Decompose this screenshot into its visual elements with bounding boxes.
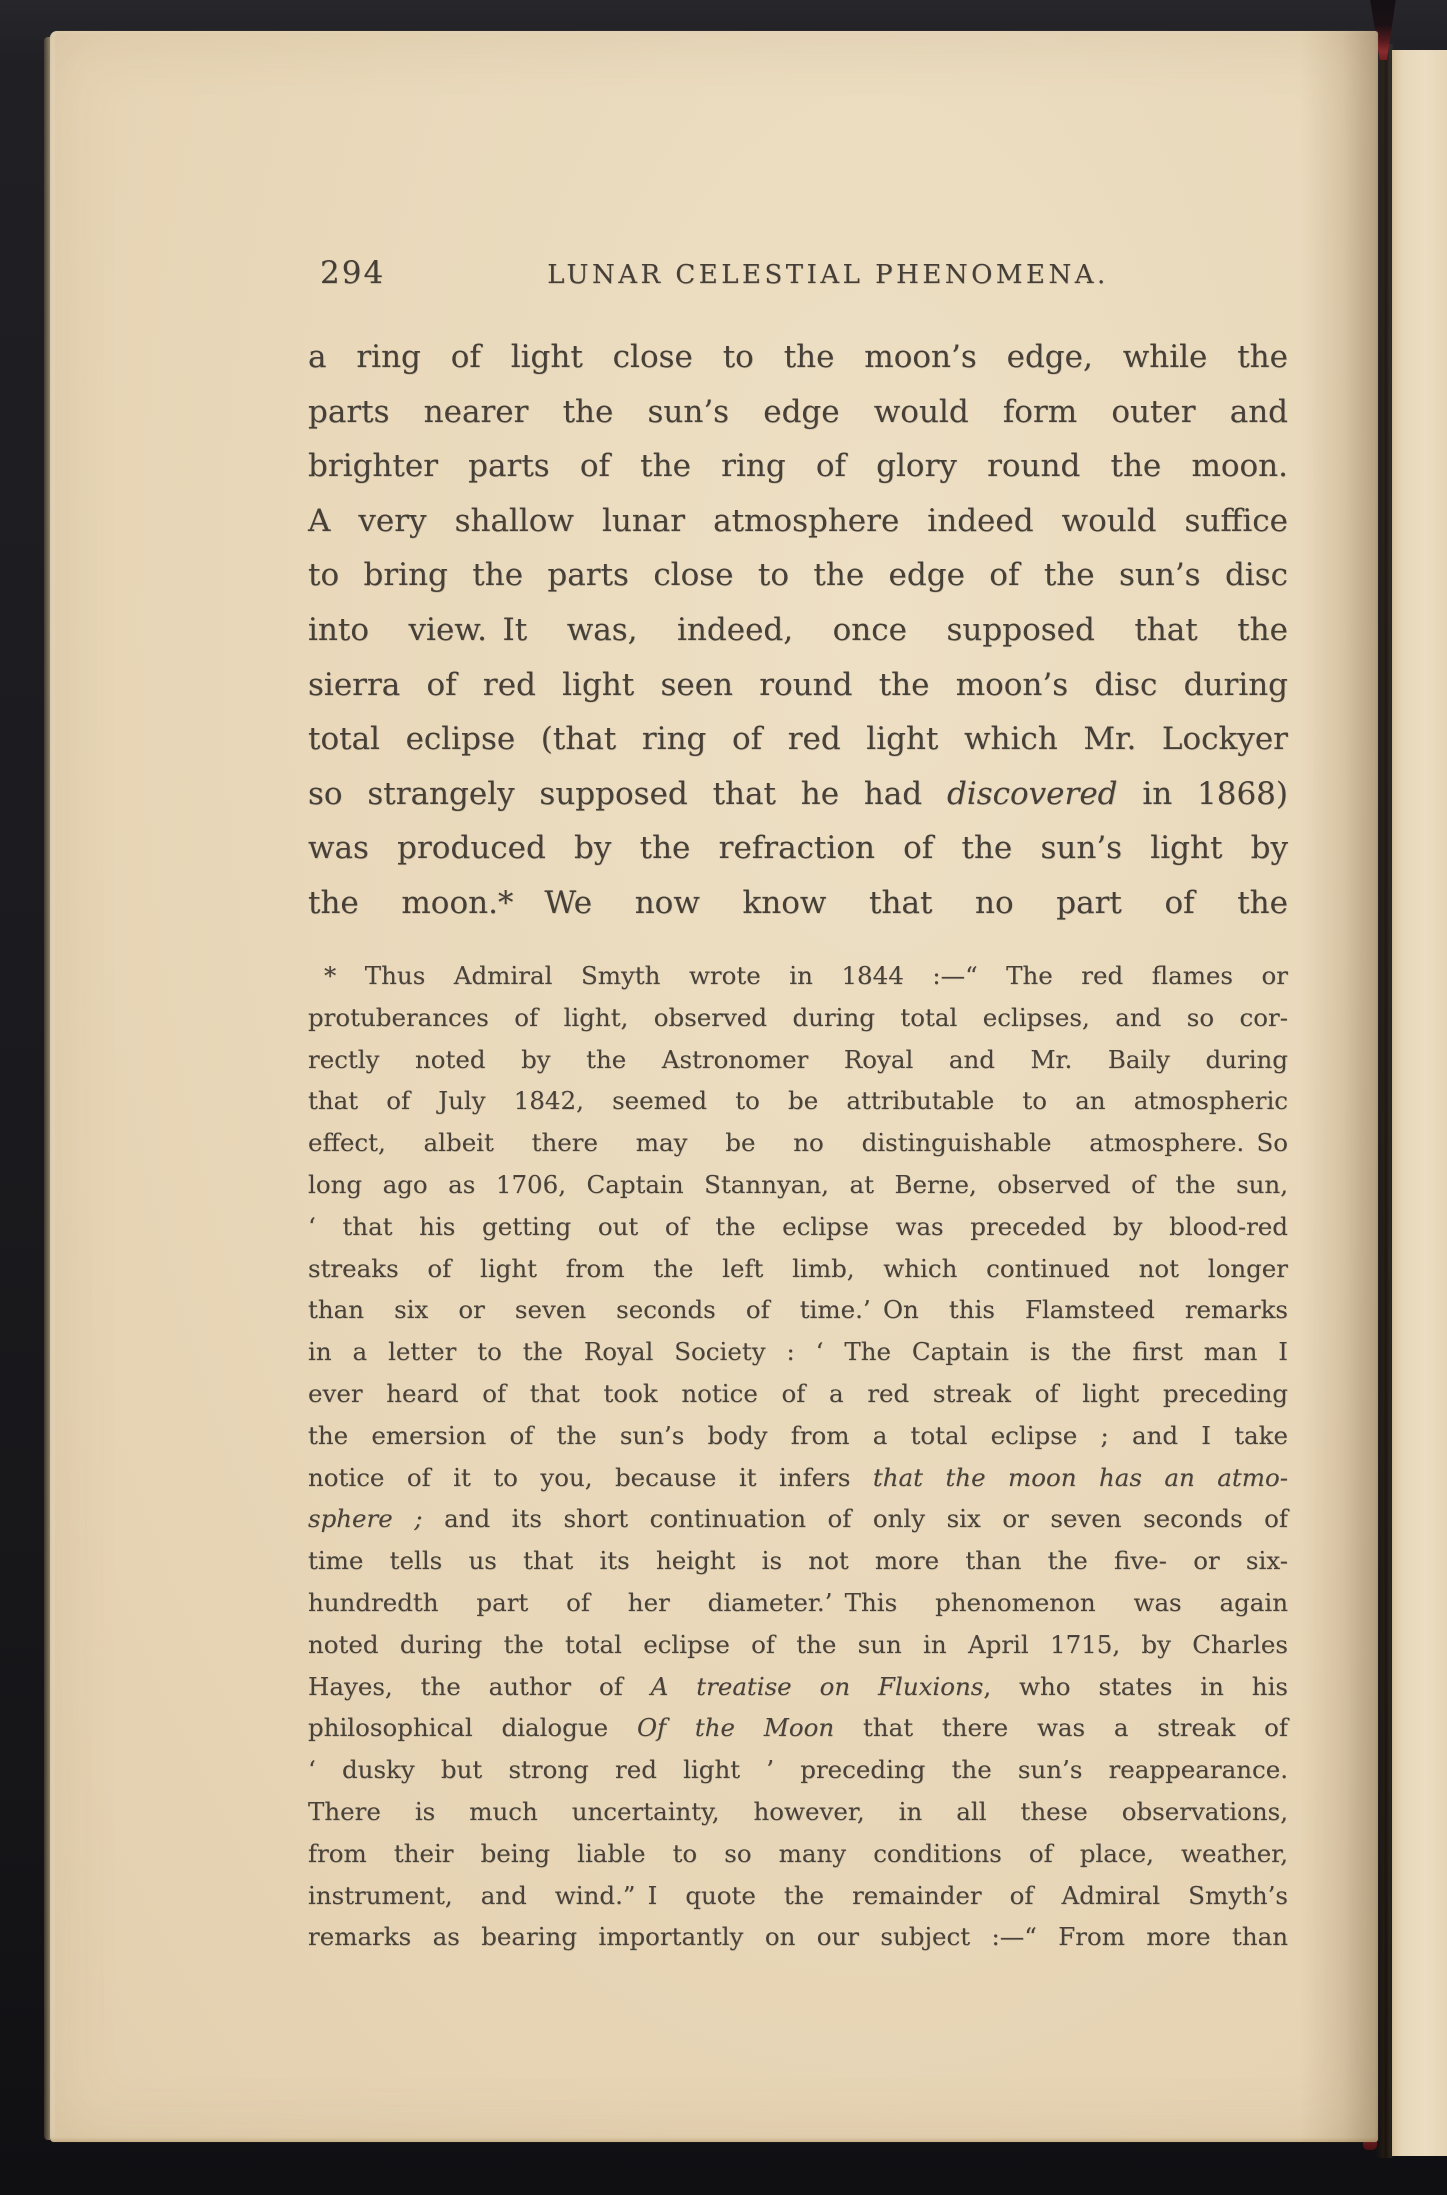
text-segment: time tells us that its height is not mor… — [308, 1546, 1288, 1575]
text-line: was produced by the refraction of the su… — [308, 821, 1288, 876]
text-line: total eclipse (that ring of red light wh… — [308, 712, 1288, 767]
text-line: There is much uncertainty, however, in a… — [308, 1791, 1288, 1833]
text-segment: ever heard of that took notice of a red … — [308, 1379, 1288, 1408]
text-segment: that there was a streak of — [834, 1713, 1288, 1742]
text-segment: and its short continuation of only six o… — [423, 1504, 1288, 1533]
text-line: sierra of red light seen round the moon’… — [308, 658, 1288, 713]
running-title: LUNAR CELESTIAL PHENOMENA. — [338, 260, 1318, 290]
book-page: 294 LUNAR CELESTIAL PHENOMENA. a ring of… — [50, 31, 1378, 2142]
text-line: philosophical dialogue Of the Moon that … — [308, 1707, 1288, 1749]
text-line: ‘ dusky but strong red light ’ preceding… — [308, 1749, 1288, 1791]
text-segment: instrument, and wind.” I quote the remai… — [308, 1881, 1288, 1910]
text-line: notice of it to you, because it infers t… — [308, 1457, 1288, 1499]
text-segment: There is much uncertainty, however, in a… — [308, 1797, 1288, 1826]
adjacent-page-edge — [1392, 50, 1447, 2156]
text-segment: ‘ that his getting out of the eclipse wa… — [308, 1212, 1288, 1241]
text-line: remarks as bearing importantly on our su… — [308, 1916, 1288, 1958]
text-line: than six or seven seconds of time.’ On t… — [308, 1289, 1288, 1331]
text-line: noted during the total eclipse of the su… — [308, 1624, 1288, 1666]
text-segment: hundredth part of her diameter.’ This ph… — [308, 1588, 1288, 1617]
text-line: A very shallow lunar atmosphere indeed w… — [308, 494, 1288, 549]
book-scan: 294 LUNAR CELESTIAL PHENOMENA. a ring of… — [0, 0, 1447, 2195]
text-line: rectly noted by the Astronomer Royal and… — [308, 1039, 1288, 1081]
text-line: Hayes, the author of A treatise on Fluxi… — [308, 1666, 1288, 1708]
text-segment: rectly noted by the Astronomer Royal and… — [308, 1045, 1288, 1074]
text-line: effect, albeit there may be no distingui… — [308, 1122, 1288, 1164]
text-segment: the moon.* We now know that no part of t… — [308, 885, 1288, 921]
text-segment: from their being liable to so many condi… — [308, 1839, 1288, 1868]
text-segment: long ago as 1706, Captain Stannyan, at B… — [308, 1170, 1288, 1199]
text-line: to bring the parts close to the edge of … — [308, 548, 1288, 603]
text-segment: was produced by the refraction of the su… — [308, 830, 1288, 866]
text-line: a ring of light close to the moon’s edge… — [308, 330, 1288, 385]
text-segment: than six or seven seconds of time.’ On t… — [308, 1295, 1288, 1324]
text-line: the moon.* We now know that no part of t… — [308, 876, 1288, 931]
text-line: streaks of light from the left limb, whi… — [308, 1248, 1288, 1290]
text-line: from their being liable to so many condi… — [308, 1833, 1288, 1875]
text-line: that of July 1842, seemed to be attribut… — [308, 1080, 1288, 1122]
text-segment: A very shallow lunar atmosphere indeed w… — [308, 503, 1288, 539]
text-segment: philosophical dialogue — [308, 1713, 637, 1742]
text-segment: Hayes, the author of — [308, 1672, 651, 1701]
footnote: * Thus Admiral Smyth wrote in 1844 :—“ T… — [308, 955, 1288, 1958]
text-segment: brighter parts of the ring of glory roun… — [308, 448, 1288, 484]
text-segment: remarks as bearing importantly on our su… — [308, 1922, 1288, 1951]
page-header: 294 LUNAR CELESTIAL PHENOMENA. — [308, 253, 1288, 299]
body-paragraph: a ring of light close to the moon’s edge… — [308, 330, 1288, 931]
text-line: ever heard of that took notice of a red … — [308, 1373, 1288, 1415]
text-line: hundredth part of her diameter.’ This ph… — [308, 1582, 1288, 1624]
text-line: protuberances of light, observed during … — [308, 997, 1288, 1039]
text-line: the emersion of the sun’s body from a to… — [308, 1415, 1288, 1457]
text-segment: total eclipse (that ring of red light wh… — [308, 721, 1288, 757]
text-line: sphere ; and its short continuation of o… — [308, 1498, 1288, 1540]
text-segment: so strangely supposed that he had — [308, 776, 947, 812]
text-segment: notice of it to you, because it infers — [308, 1463, 873, 1492]
text-segment: effect, albeit there may be no distingui… — [308, 1128, 1288, 1157]
text-line: parts nearer the sun’s edge would form o… — [308, 385, 1288, 440]
text-segment: in a letter to the Royal Society : ‘ The… — [308, 1337, 1288, 1366]
text-segment: protuberances of light, observed during … — [308, 1003, 1288, 1032]
text-segment: , who states in his — [983, 1672, 1288, 1701]
text-segment: into view. It was, indeed, once supposed… — [308, 612, 1288, 648]
text-line: in a letter to the Royal Society : ‘ The… — [308, 1331, 1288, 1373]
text-segment: streaks of light from the left limb, whi… — [308, 1254, 1288, 1283]
text-segment: a ring of light close to the moon’s edge… — [308, 339, 1288, 375]
text-line: brighter parts of the ring of glory roun… — [308, 439, 1288, 494]
text-line: time tells us that its height is not mor… — [308, 1540, 1288, 1582]
text-line: * Thus Admiral Smyth wrote in 1844 :—“ T… — [308, 955, 1288, 997]
text-segment: in 1868) — [1118, 776, 1288, 812]
text-segment: that of July 1842, seemed to be attribut… — [308, 1086, 1288, 1115]
text-segment: the emersion of the sun’s body from a to… — [308, 1421, 1288, 1450]
text-line: instrument, and wind.” I quote the remai… — [308, 1875, 1288, 1917]
italic-text-segment: Of the Moon — [637, 1713, 834, 1742]
text-segment: parts nearer the sun’s edge would form o… — [308, 394, 1288, 430]
gutter-crease — [1376, 44, 1394, 2158]
text-line: so strangely supposed that he had discov… — [308, 767, 1288, 822]
text-segment: to bring the parts close to the edge of … — [308, 557, 1288, 593]
text-segment: * Thus Admiral Smyth wrote in 1844 :—“ T… — [324, 961, 1288, 990]
text-line: long ago as 1706, Captain Stannyan, at B… — [308, 1164, 1288, 1206]
text-line: into view. It was, indeed, once supposed… — [308, 603, 1288, 658]
text-segment: ‘ dusky but strong red light ’ preceding… — [308, 1755, 1288, 1784]
text-segment: noted during the total eclipse of the su… — [308, 1630, 1288, 1659]
italic-text-segment: A treatise on Fluxions — [651, 1672, 984, 1701]
text-segment: sierra of red light seen round the moon’… — [308, 667, 1288, 703]
italic-text-segment: discovered — [947, 776, 1118, 812]
italic-text-segment: that the moon has an atmo- — [873, 1463, 1288, 1492]
text-line: ‘ that his getting out of the eclipse wa… — [308, 1206, 1288, 1248]
italic-text-segment: sphere ; — [308, 1504, 423, 1533]
